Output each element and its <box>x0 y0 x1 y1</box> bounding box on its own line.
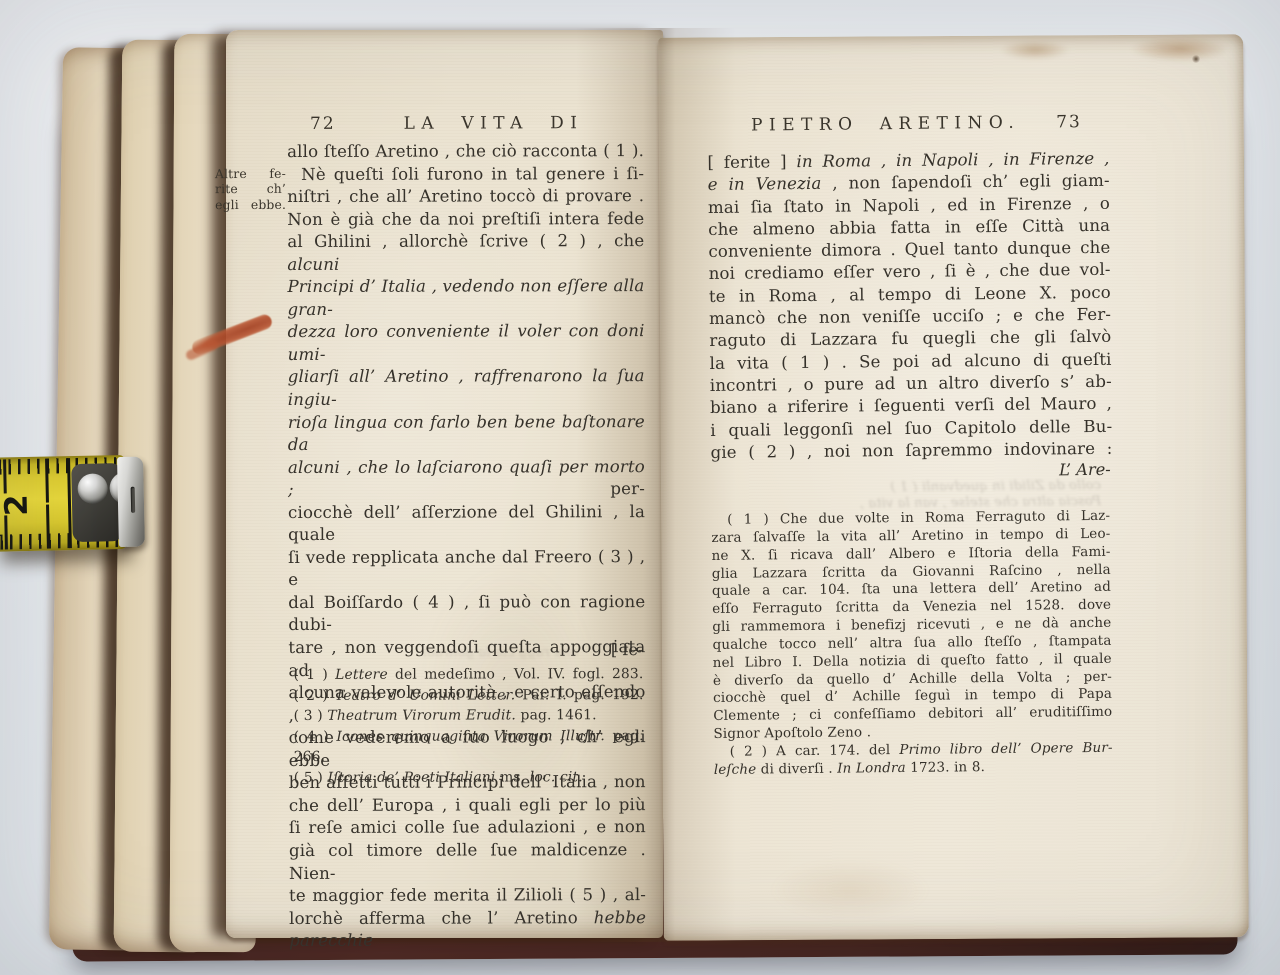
text-segment: ona ragg cia la gonradi <box>422 645 579 660</box>
text-segment: Principi d’ Italia , vedendo non eſſere … <box>287 276 644 318</box>
left-running-title: LA VITA DI <box>404 113 584 133</box>
text-segment: per- <box>294 479 645 499</box>
text-line: ( 1 ) Lettere del medeſimo , Vol. IV. fo… <box>293 664 643 686</box>
text-segment: dal Boiſſardo ( 4 ) , ſi può con ragione… <box>288 592 645 634</box>
text-segment: eſſo Ferraguto ſcritta da Venezia nel 15… <box>712 597 1111 617</box>
text-segment: biano a riferire i ſeguenti verſi del Ma… <box>710 394 1112 417</box>
text-segment: di diverſi . <box>756 760 837 777</box>
text-segment: noi crediamo eſſer vero , ſi è , che due… <box>709 260 1111 283</box>
right-page-number: 73 <box>1056 112 1082 132</box>
text-segment: Signor Apoſtolo Zeno . <box>713 724 871 742</box>
text-line: te maggior fede merita il Zilioli ( 5 ) … <box>289 884 646 907</box>
text-segment: pag. 1461. <box>516 707 597 723</box>
text-line: niſtri , che all’ Aretino toccò di prova… <box>287 185 644 208</box>
right-catchword: L’ Are- <box>1059 460 1111 480</box>
text-segment: la vita ( 1 ) . Se poi ad alcuno di queſ… <box>709 349 1111 372</box>
text-segment: gie ( 2 ) , noi non ſapremmo indovinare … <box>710 439 1112 462</box>
text-line: già col timore delle ſue maldicenze . Ni… <box>289 839 646 885</box>
text-segment: 1723. in 8. <box>906 759 985 776</box>
text-segment: lorchè afferma che l’ Aretino <box>289 908 594 928</box>
text-segment: Primo libro dell’ Opere Bur- <box>899 740 1113 758</box>
text-segment: incontri , o pure ad un altro diverſo s’… <box>710 372 1112 395</box>
text-segment: conveniente dimora . Quel tanto dunque c… <box>708 238 1110 261</box>
text-segment: ( 1 ) <box>293 667 335 683</box>
text-line: ( 4 ) Icones quinquaginta Virorum Illuſt… <box>294 726 644 768</box>
text-line: ſi reſe amici colle ſue adulazioni , e n… <box>289 816 646 839</box>
text-line: rite ch’ <box>215 181 286 197</box>
text-segment: Nè queſti ſoli furono in tal genere i ſi… <box>301 164 644 184</box>
text-segment: che almeno abbia fatta in eſſe Città una <box>708 216 1110 239</box>
text-segment: ( 5 ) <box>294 770 328 786</box>
text-segment: ms. <box>495 769 529 785</box>
text-segment: rioſa lingua con farlo ben bene baſtonar… <box>288 412 645 454</box>
right-main-text: [ ferite ] in Roma , in Napoli , in Fire… <box>707 148 1112 464</box>
text-line: dal Boiſſardo ( 4 ) , ſi può con ragione… <box>288 591 645 637</box>
text-segment: Altre fe- <box>215 166 286 181</box>
text-line: Principi d’ Italia , vedendo non eſſere … <box>287 275 644 321</box>
text-segment: te maggior fede merita il Zilioli ( 5 ) … <box>289 885 646 905</box>
text-line: egli ebbe. <box>215 197 286 213</box>
text-segment: [ ferite ] <box>707 152 796 172</box>
text-segment: te in Roma , al tempo di Leone X. poco <box>709 283 1111 306</box>
text-segment: mancò che non veniſſe ucciſo ; e che Fer… <box>709 305 1111 328</box>
text-line: che dell’ Europa , i quali egli per lo p… <box>289 794 646 817</box>
left-page-number: 72 <box>310 114 336 134</box>
text-line: leſche di diverſi . In Londra 1723. in 8… <box>714 758 1113 780</box>
text-segment: ( 2 ) A car. 174. del <box>730 742 900 760</box>
text-segment: del medeſimo , Vol. IV. fogl. 283. <box>388 666 644 683</box>
text-segment: già col timore delle ſue maldicenze . Ni… <box>289 840 646 882</box>
left-page-text-block: 72 LA VITA DI allo ſteſſo Aretino , che … <box>287 113 646 814</box>
text-segment: rite ch’ <box>215 181 286 196</box>
text-segment: qualche tocco nell’ altra ſua allo ſteſſ… <box>712 633 1111 653</box>
tape-measure: 2 <box>0 446 161 562</box>
right-running-title: PIETRO ARETINO. <box>751 113 1020 136</box>
text-segment: i quali leggonſi nel ſuo Capitolo delle … <box>710 416 1112 439</box>
tape-hook-slot <box>131 487 136 513</box>
margin-note: Altre fe-rite ch’egli ebbe. <box>215 166 286 212</box>
text-segment: leſche <box>714 761 757 777</box>
text-line: ( 5 ) Iſtoria de’ Poeti Italiani ms. loc… <box>294 767 644 789</box>
text-line: dezza loro conveniente il voler con doni… <box>288 320 645 366</box>
text-segment: nel Libro I. Della notizia di queſto fat… <box>713 651 1112 671</box>
ruler-tick-half <box>46 505 50 549</box>
text-segment: ( 2 ) <box>294 687 335 703</box>
text-segment: gliarſi all’ Aretino , raffrenarono la ſ… <box>288 367 645 409</box>
text-segment: alcuni <box>287 255 339 274</box>
text-segment: egli ebbe. <box>215 197 286 212</box>
text-segment: quale a car. 104. ſta una lettera dell’ … <box>712 579 1111 599</box>
text-segment: loc. cit. <box>530 769 583 785</box>
text-segment: al Ghilini , allorchè ſcrive ( 2 ) , che <box>287 231 644 251</box>
text-segment: ciocchè quel d’ Achille ſeguì in tempo d… <box>713 686 1112 706</box>
right-page-text-block: PIETRO ARETINO. 73 [ ferite ] in Roma , … <box>707 112 1116 806</box>
text-segment: che dell’ Europa , i quali egli per lo p… <box>289 795 646 815</box>
text-segment: Par. I. pag. 192. <box>515 687 643 703</box>
text-segment: gli rammemora i benefizj ricevuti , e ne… <box>712 615 1111 635</box>
text-line: gie ( 2 ) , noi non ſapremmo indovinare … <box>710 438 1112 465</box>
text-line: ( 3 ) Theatrum Virorum Erudit. pag. 1461… <box>294 705 644 727</box>
text-line: gliarſi all’ Aretino , raffrenarono la ſ… <box>288 366 645 412</box>
right-footnotes: ( 1 ) Che due volte in Roma Ferraguto di… <box>711 508 1113 780</box>
left-running-header: 72 LA VITA DI <box>287 113 667 134</box>
text-line: Nè queſti ſoli furono in tal genere i ſi… <box>287 163 644 186</box>
ruler-tick-long <box>4 515 7 549</box>
left-footnotes: ( 1 ) Lettere del medeſimo , Vol. IV. fo… <box>293 664 643 788</box>
right-running-header: PIETRO ARETINO. 73 <box>707 111 1153 136</box>
text-segment: raguto di Lazzara fu quegli che gli ſalv… <box>709 327 1111 350</box>
text-segment: ſi reſe amici colle ſue adulazioni , e n… <box>289 817 646 837</box>
left-showthrough: ona ragg cia la gonradi <box>328 645 578 661</box>
text-segment: mai ſia ſtato in Napoli , ed in Firenze … <box>708 193 1110 216</box>
text-line: allo ſteſſo Aretino , che ciò racconta (… <box>287 140 644 163</box>
text-segment: ne X. ſi ricava dall’ Albero e Iſtoria d… <box>712 543 1111 563</box>
text-segment: Icones quinquaginta Virorum Illuſtr. <box>336 728 605 745</box>
left-catchword: [ fe- <box>611 640 644 659</box>
text-line: ( 2 ) Teatro d’ Uomini Letter. Par. I. p… <box>293 685 643 707</box>
ruler-number: 2 <box>0 494 35 516</box>
text-line: ciocchè dell’ aſſerzione del Ghilini , l… <box>288 501 645 547</box>
text-segment: dezza loro conveniente il voler con doni… <box>288 321 645 363</box>
text-segment: ( 1 ) Che due volte in Roma Ferraguto di… <box>727 508 1110 528</box>
book-photo: 72 LA VITA DI allo ſteſſo Aretino , che … <box>0 0 1280 975</box>
text-segment: glia Lazzara ſcritta da Giovanni Raſcino… <box>712 561 1111 581</box>
text-segment: In Londra <box>837 760 906 777</box>
text-line: alcuni , che lo laſciarono quaſi per mor… <box>288 456 645 502</box>
text-line: al Ghilini , allorchè ſcrive ( 2 ) , che… <box>287 230 644 276</box>
text-segment: e in Venezia <box>708 174 822 194</box>
text-segment: collo da Zilidi in quedvanli ( 1 ) <box>890 478 1101 495</box>
text-segment: è diverſo da quello d’ Achille della Vol… <box>713 668 1112 688</box>
text-segment: Lettere <box>335 667 388 683</box>
text-segment: Iſtoria de’ Poeti Italiani <box>328 769 496 785</box>
text-segment: niſtri , che all’ Aretino toccò di prova… <box>287 186 644 206</box>
text-segment: in Roma , in Napoli , in Firenze , <box>796 149 1109 171</box>
text-segment: zara ſalvaſſe la vita all’ Aretino in te… <box>711 526 1110 546</box>
text-line: Non è già che da noi preſtiſi intera fed… <box>287 208 644 231</box>
text-segment: ſi vede repplicata anche dal Freero ( 3 … <box>288 547 645 589</box>
text-line: Altre fe- <box>215 166 286 182</box>
text-segment: allo ſteſſo Aretino , che ciò racconta (… <box>287 141 644 161</box>
text-segment: Teatro d’ Uomini Letter. <box>335 687 515 703</box>
text-line: rioſa lingua con farlo ben bene baſtonar… <box>288 411 645 457</box>
text-line: lorchè afferma che l’ Aretino hebbe pare… <box>289 907 646 953</box>
text-line: ſi vede repplicata anche dal Freero ( 3 … <box>288 546 645 592</box>
text-segment: Theatrum Virorum Erudit. <box>327 708 516 724</box>
text-segment: Non è già che da noi preſtiſi intera fed… <box>287 209 644 229</box>
text-segment: , non ſapendoſi ch’ egli giam- <box>821 171 1109 193</box>
text-segment: ciocchè dell’ aſſerzione del Ghilini , l… <box>288 502 645 544</box>
left-main-text: allo ſteſſo Aretino , che ciò racconta (… <box>287 140 646 953</box>
text-line: ona ragg cia la gonradi <box>328 645 578 661</box>
text-segment: Clemente ; ci confeſſiamo debitori all’ … <box>713 704 1112 724</box>
text-segment: ( 4 ) <box>294 729 337 745</box>
text-segment: ( 3 ) <box>294 708 328 724</box>
